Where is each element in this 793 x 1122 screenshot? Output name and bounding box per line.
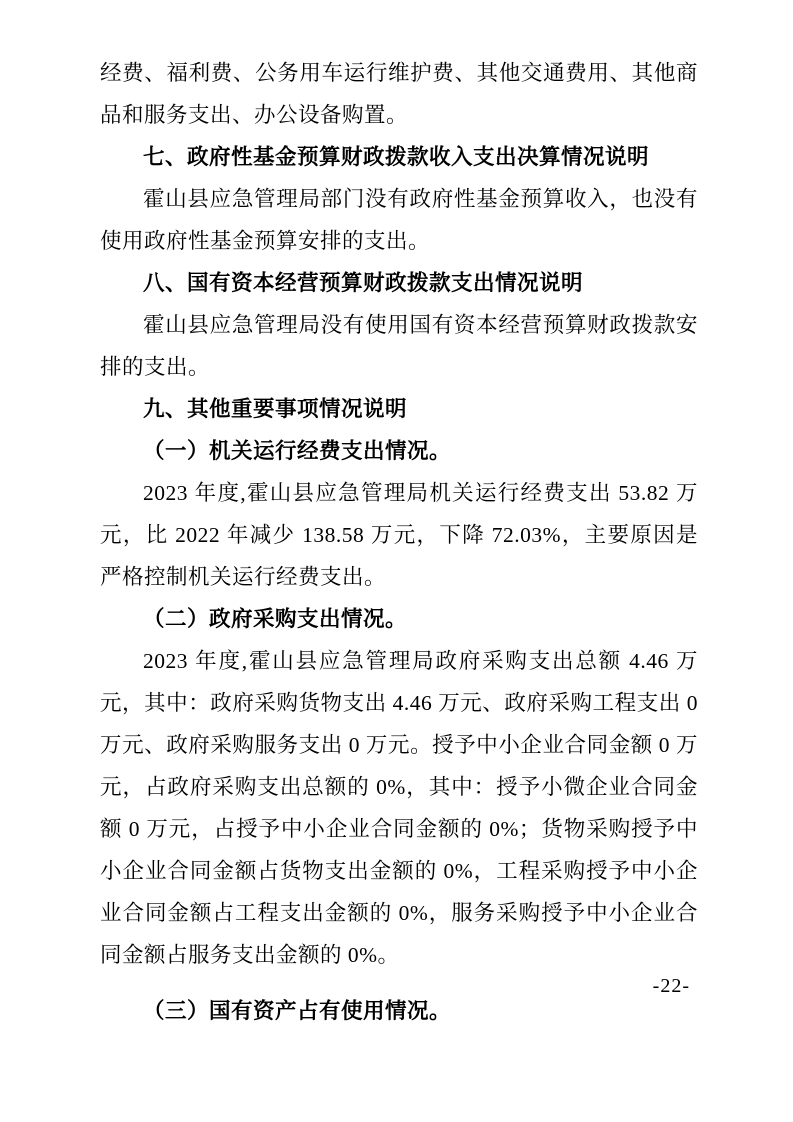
section-heading-eight-state-capital-budget: 八、国有资本经营预算财政拨款支出情况说明	[100, 262, 698, 304]
document-content: 经费、福利费、公务用车运行维护费、其他交通费用、其他商品和服务支出、办公设备购置…	[100, 52, 698, 1032]
paragraph-state-capital-budget: 霍山县应急管理局没有使用国有资本经营预算财政拨款安排的支出。	[100, 304, 698, 388]
subheading-two-gov-procurement: （二）政府采购支出情况。	[100, 598, 698, 640]
subheading-one-agency-operating-expenses: （一）机关运行经费支出情况。	[100, 430, 698, 472]
page-number: -22-	[653, 975, 690, 998]
document-page: 经费、福利费、公务用车运行维护费、其他交通费用、其他商品和服务支出、办公设备购置…	[0, 0, 793, 1122]
paragraph-expense-items-continuation: 经费、福利费、公务用车运行维护费、其他交通费用、其他商品和服务支出、办公设备购置…	[100, 52, 698, 136]
paragraph-agency-operating-expenses: 2023 年度,霍山县应急管理局机关运行经费支出 53.82 万元，比 2022…	[100, 472, 698, 598]
paragraph-gov-fund-budget: 霍山县应急管理局部门没有政府性基金预算收入，也没有使用政府性基金预算安排的支出。	[100, 178, 698, 262]
section-heading-seven-gov-fund-budget: 七、政府性基金预算财政拨款收入支出决算情况说明	[100, 136, 698, 178]
section-heading-nine-other-important-matters: 九、其他重要事项情况说明	[100, 388, 698, 430]
subheading-three-state-assets-usage: （三）国有资产占有使用情况。	[100, 990, 698, 1032]
paragraph-gov-procurement: 2023 年度,霍山县应急管理局政府采购支出总额 4.46 万元，其中：政府采购…	[100, 640, 698, 976]
